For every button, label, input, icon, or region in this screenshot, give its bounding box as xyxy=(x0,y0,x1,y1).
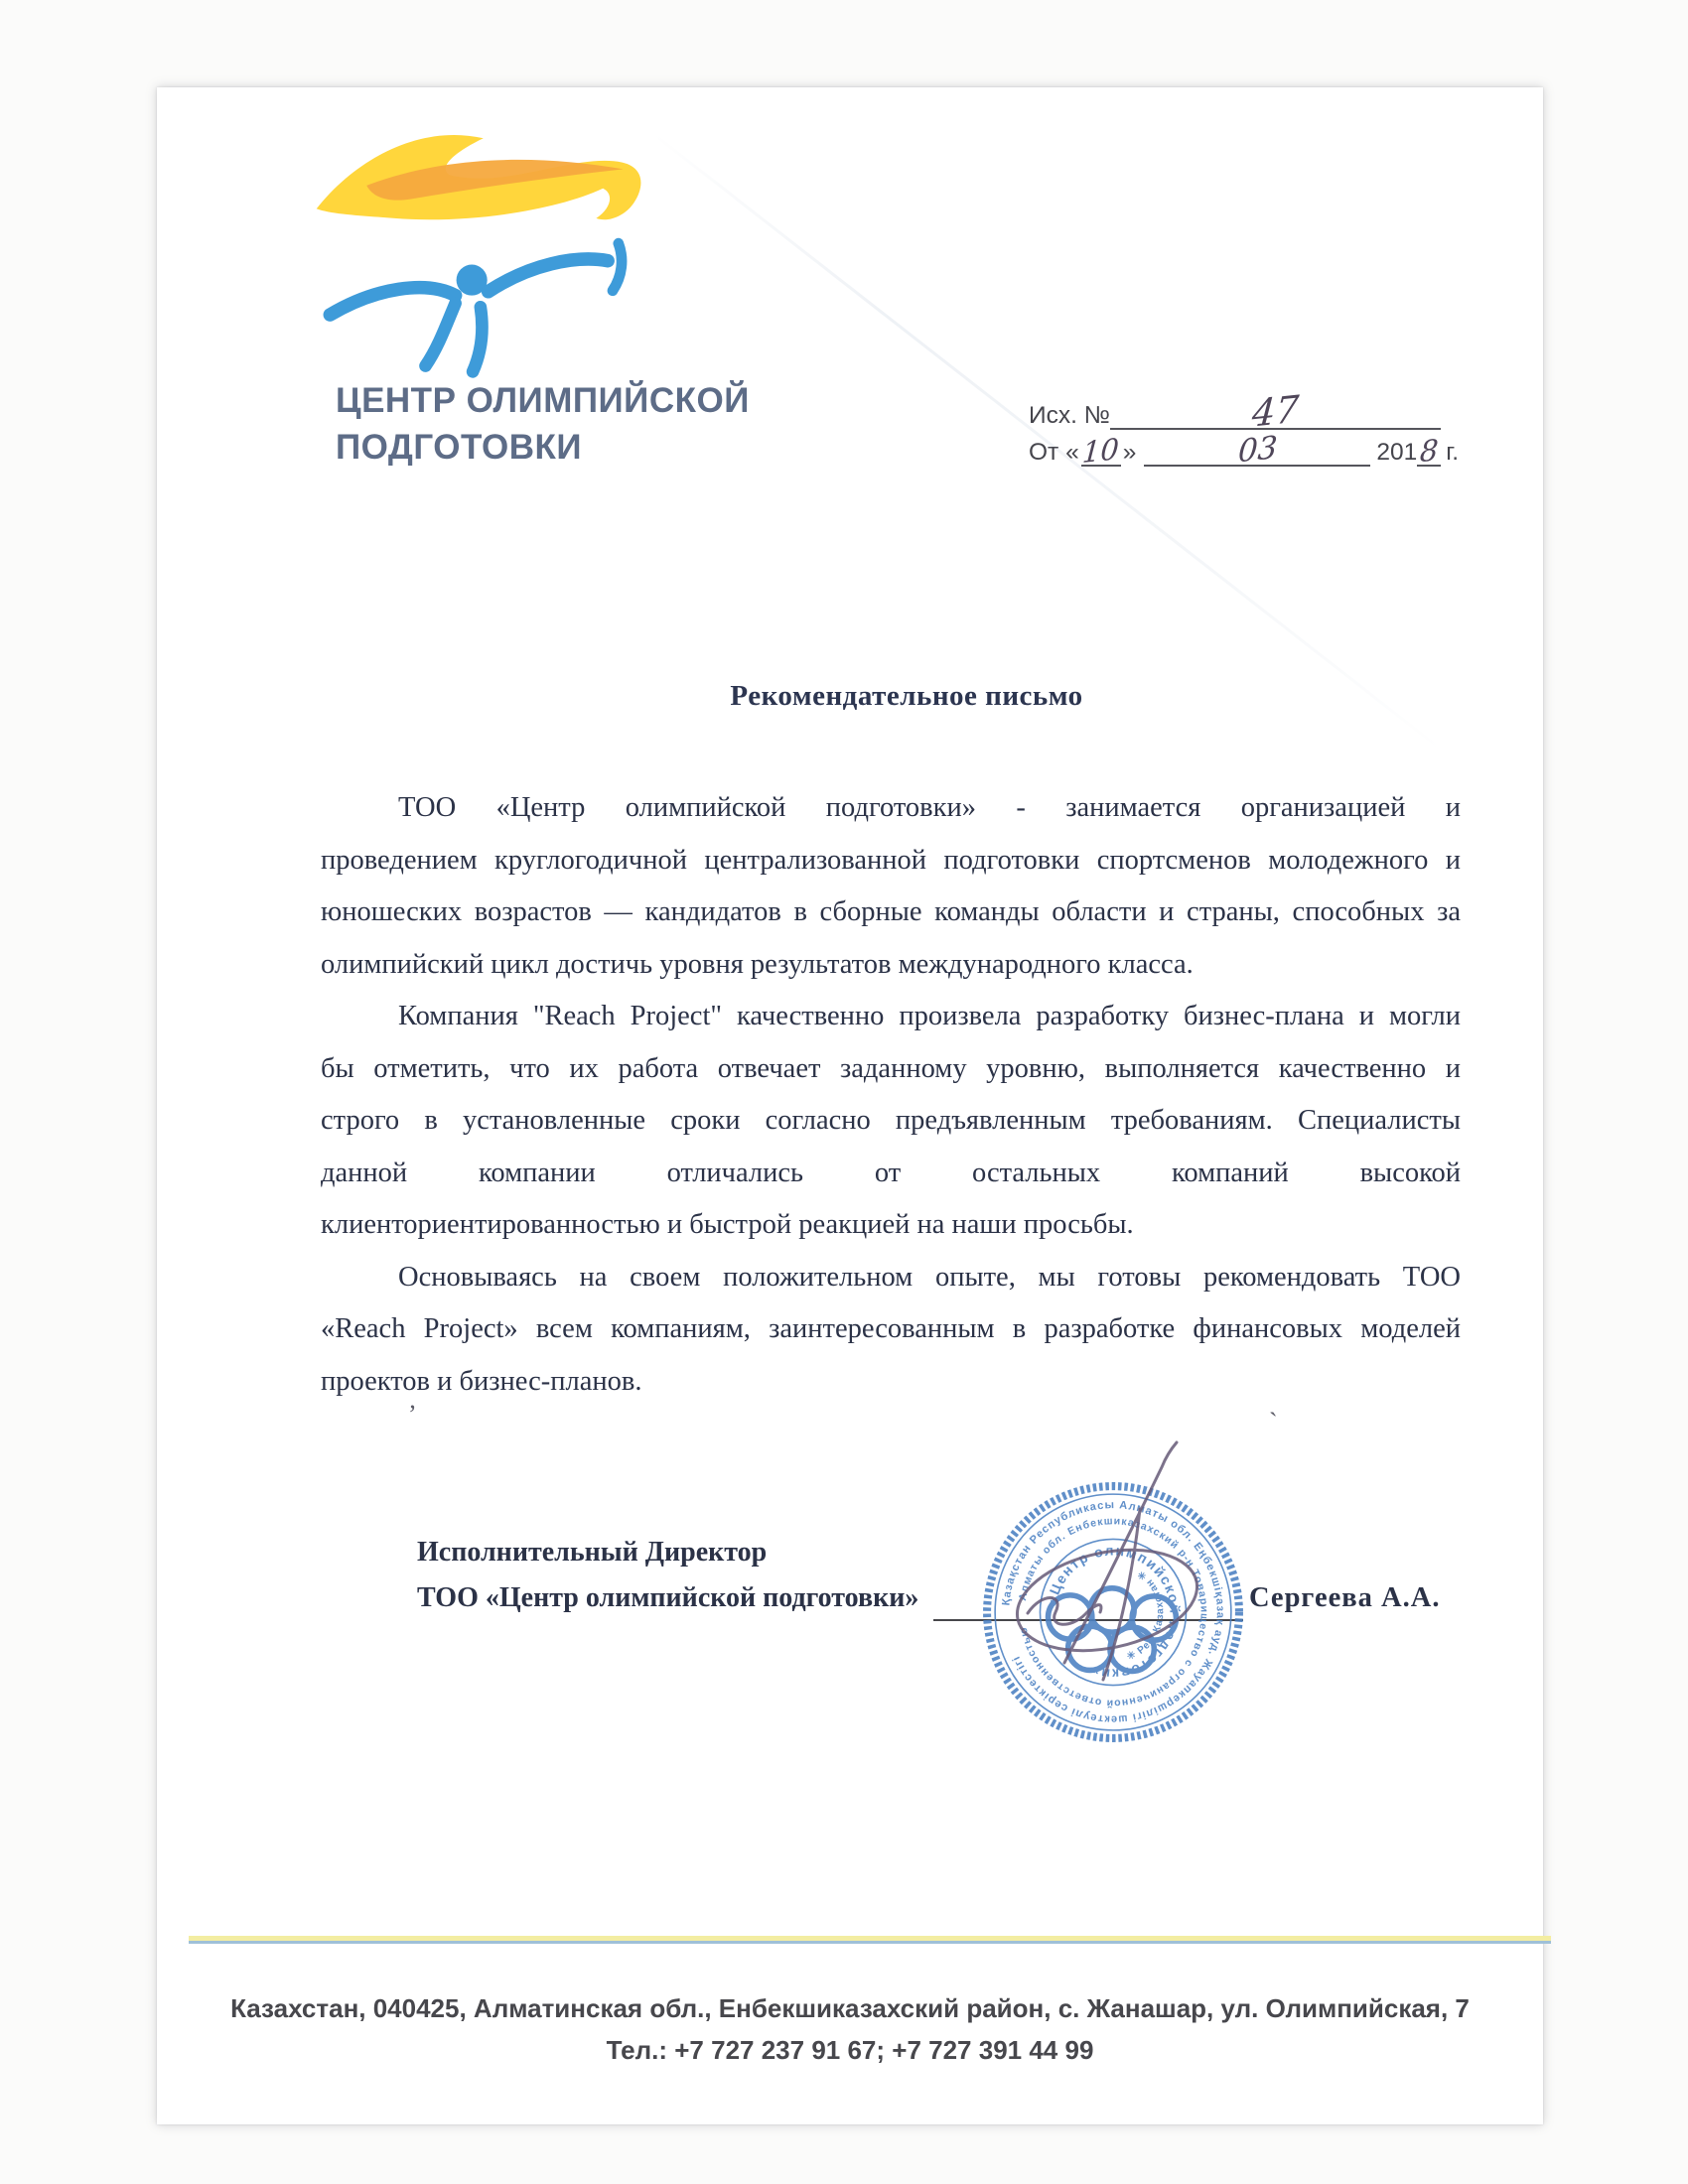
org-name: ЦЕНТР ОЛИМПИЙСКОЙ ПОДГОТОВКИ xyxy=(336,377,750,471)
body-line: юношеских возрастов — кандидатов в сборн… xyxy=(321,887,1461,939)
footer-divider xyxy=(189,1936,1551,1944)
date-month-handwritten: 03 xyxy=(1236,430,1278,471)
letter-title: Рекомендательное письмо xyxy=(336,680,1477,713)
outgoing-number-handwritten: 47 xyxy=(1251,387,1301,435)
date-close-quote: » xyxy=(1123,439,1137,467)
scan-speck: ’ xyxy=(408,1400,417,1430)
letter-body: ТОО «Центр олимпийской подготовки» - зан… xyxy=(321,782,1461,1408)
org-name-line2: ПОДГОТОВКИ xyxy=(336,424,750,471)
date-year-suffix: г. xyxy=(1446,439,1459,467)
handwritten-signature-icon xyxy=(914,1410,1331,1747)
date-row: От « 10 » 03 201 8 г. xyxy=(1029,430,1477,467)
ref-block: Исх. № 47 От « 10 » 03 201 8 г. xyxy=(1029,393,1477,467)
scanned-letter-page: { "letterhead": { "org_name_line1": "ЦЕН… xyxy=(0,0,1688,2184)
signer-position-line2: ТОО «Центр олимпийской подготовки» xyxy=(417,1582,918,1614)
body-line: «Reach Project» всем компаниям, заинтере… xyxy=(321,1303,1461,1356)
date-year-blank: 8 xyxy=(1417,431,1441,467)
body-line: строго в установленные сроки согласно пр… xyxy=(321,1095,1461,1148)
body-line: ТОО «Центр олимпийской подготовки» - зан… xyxy=(321,782,1461,835)
outgoing-label: Исх. № xyxy=(1029,402,1110,430)
date-year-handwritten: 8 xyxy=(1419,433,1440,469)
body-line: клиенториентированностью и быстрой реакц… xyxy=(321,1199,1461,1252)
body-line: бы отметить, что их работа отвечает зада… xyxy=(321,1043,1461,1096)
body-line: проведением круглогодичной централизован… xyxy=(321,835,1461,887)
date-year-printed: 201 xyxy=(1376,439,1417,467)
body-line: олимпийский цикл достичь уровня результа… xyxy=(321,939,1461,992)
letter-paper: ЦЕНТР ОЛИМПИЙСКОЙ ПОДГОТОВКИ Исх. № 47 О… xyxy=(157,87,1543,2124)
body-line: проектов и бизнес-планов. xyxy=(321,1356,1461,1409)
body-line: Основываясь на своем положительном опыте… xyxy=(321,1252,1461,1304)
body-line: данной компании отличались от остальных … xyxy=(321,1148,1461,1200)
date-day-handwritten: 10 xyxy=(1081,432,1120,470)
footer-divider-blue xyxy=(189,1941,1551,1944)
body-line: Компания "Reach Project" качественно про… xyxy=(321,991,1461,1043)
footer-address: Казахстан, 040425, Алматинская обл., Енб… xyxy=(157,1993,1543,2024)
logo-person xyxy=(330,243,622,371)
date-day-blank: 10 xyxy=(1081,431,1121,467)
outgoing-number-blank: 47 xyxy=(1110,385,1441,430)
org-name-line1: ЦЕНТР ОЛИМПИЙСКОЙ xyxy=(336,377,750,424)
outgoing-number-row: Исх. № 47 xyxy=(1029,393,1477,430)
signer-position-line1: Исполнительный Директор xyxy=(417,1537,767,1569)
date-month-blank: 03 xyxy=(1144,429,1370,467)
date-prefix: От « xyxy=(1029,439,1079,467)
footer-phone: Тел.: +7 727 237 91 67; +7 727 391 44 99 xyxy=(157,2035,1543,2066)
olympic-training-center-logo-icon xyxy=(298,114,655,384)
